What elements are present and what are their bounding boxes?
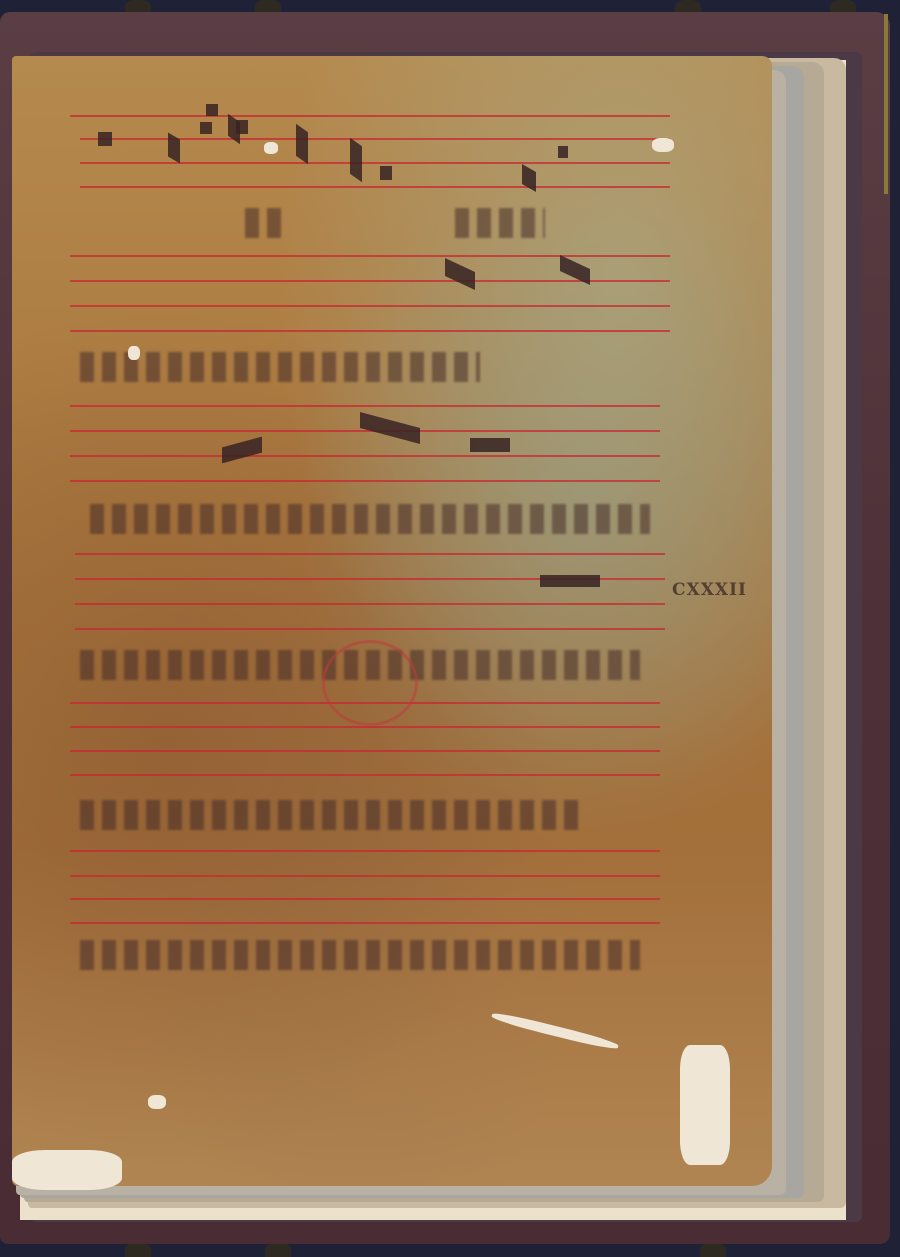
neume xyxy=(380,166,392,180)
staff-line xyxy=(70,305,670,307)
neume xyxy=(200,122,212,134)
rubricated-initial xyxy=(322,640,418,726)
text-line xyxy=(245,208,285,238)
staff-line xyxy=(80,162,670,164)
parchment-tear xyxy=(12,1150,122,1190)
staff-line xyxy=(70,898,660,900)
staff-line xyxy=(70,405,660,407)
parchment-hole xyxy=(652,138,674,152)
neume xyxy=(350,138,362,182)
staff-line xyxy=(70,774,660,776)
text-line xyxy=(80,352,480,382)
parchment-hole xyxy=(264,142,278,154)
text-line xyxy=(455,208,545,238)
text-line xyxy=(90,504,650,534)
staff-line xyxy=(70,922,660,924)
neume xyxy=(206,104,218,116)
staff-line xyxy=(70,255,670,257)
staff-line xyxy=(70,115,670,117)
neume xyxy=(558,146,568,158)
staff-line xyxy=(70,726,660,728)
neume xyxy=(470,438,510,452)
staff-line xyxy=(70,455,660,457)
mounting-peg xyxy=(700,1243,726,1257)
text-line xyxy=(80,800,580,830)
staff-line xyxy=(70,750,660,752)
folio-number: CXXXII xyxy=(672,580,747,600)
parchment-tear xyxy=(680,1045,730,1165)
parchment-leaf xyxy=(12,56,772,1186)
gilt-edge xyxy=(884,14,888,194)
neume xyxy=(98,132,112,146)
staff-line xyxy=(75,553,665,555)
staff-line xyxy=(75,628,665,630)
mounting-peg xyxy=(125,1243,151,1257)
staff-line xyxy=(70,480,660,482)
staff-line xyxy=(80,186,670,188)
staff-line xyxy=(70,875,660,877)
staff-line xyxy=(70,850,660,852)
parchment-hole xyxy=(128,346,140,360)
staff-line xyxy=(70,430,660,432)
mounting-peg xyxy=(265,1243,291,1257)
staff-line xyxy=(75,603,665,605)
neume xyxy=(236,120,248,134)
staff-line xyxy=(70,330,670,332)
neume xyxy=(540,575,600,587)
text-line xyxy=(80,940,640,970)
parchment-hole xyxy=(148,1095,166,1109)
